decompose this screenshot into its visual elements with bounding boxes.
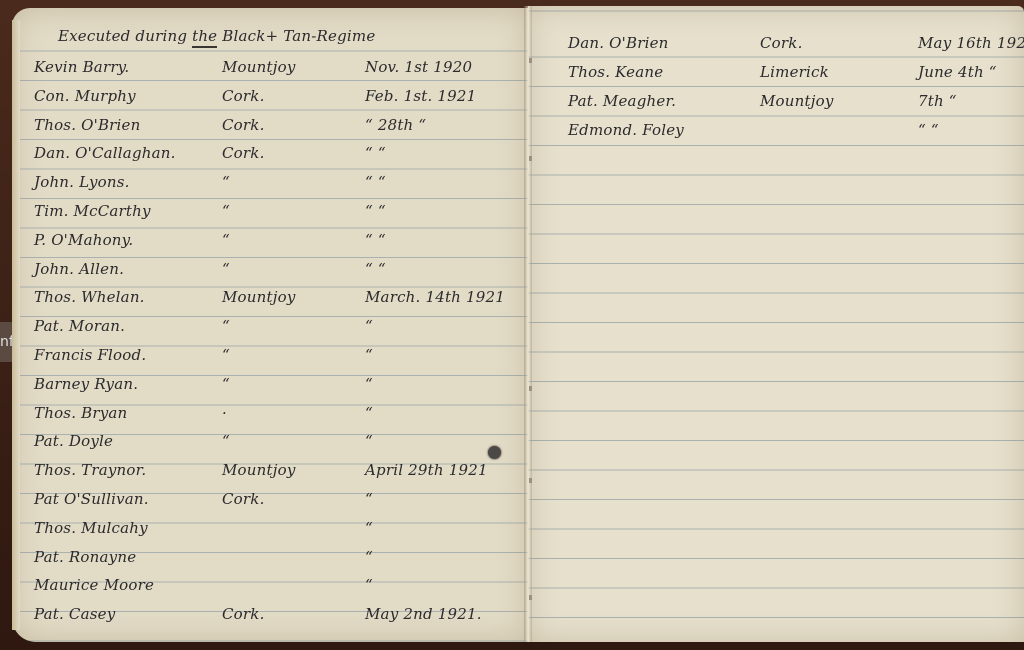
entry-date: May 16th 1921 [918,34,1024,52]
entry-date: “ [365,375,373,393]
entry-name: Barney Ryan. [34,375,138,393]
entry-name: P. O'Mahony. [34,231,133,249]
entry-place: “ [222,317,230,335]
entry-name: Pat. Doyle [34,432,113,450]
entry-name: Maurice Moore [34,576,154,594]
entry-date: 7th “ [918,92,957,110]
entry-date: “ “ [365,260,386,278]
entry-name: Pat. Meagher. [568,92,676,110]
heading-prefix: Executed during [58,27,192,45]
left-page-edge [12,20,20,630]
entry-place: Cork. [222,490,265,508]
entry-name: Thos. Mulcahy [34,519,148,537]
page-heading: Executed during the Black+ Tan-Regime [58,27,375,45]
entry-date: “ “ [918,121,939,139]
entry-name: John. Lyons. [34,173,130,191]
entry-date: May 2nd 1921. [365,605,482,623]
entry-name: Tim. McCarthy [34,202,151,220]
entry-name: Thos. Whelan. [34,288,145,306]
entry-date: “ “ [365,202,386,220]
ink-blot [488,446,501,459]
entry-date: “ [365,404,373,422]
entry-name: Thos. Traynor. [34,461,146,479]
entry-place: “ [222,231,230,249]
entry-date: “ “ [365,144,386,162]
entry-name: Kevin Barry. [34,58,129,76]
entry-date: Feb. 1st. 1921 [365,87,476,105]
entry-name: Thos. O'Brien [34,116,140,134]
binding-stitch [529,156,532,161]
entry-name: Con. Murphy [34,87,136,105]
entry-date: “ [365,346,373,364]
entry-date: “ [365,519,373,537]
entry-place: Limerick [760,63,829,81]
entry-date: April 29th 1921 [365,461,488,479]
binding-stitch [529,386,532,391]
entry-date: “ “ [365,173,386,191]
entry-date: March. 14th 1921 [365,288,505,306]
entry-date: “ [365,576,373,594]
entry-name: Francis Flood. [34,346,146,364]
entry-date: “ [365,490,373,508]
entry-place: “ [222,173,230,191]
entry-place: Mountjoy [222,461,296,479]
entry-name: Pat O'Sullivan. [34,490,149,508]
entry-date: “ [365,317,373,335]
entry-place: “ [222,346,230,364]
entry-date: June 4th “ [918,63,997,81]
entry-date: “ “ [365,231,386,249]
entry-name: Dan. O'Brien [568,34,669,52]
entry-place: Cork. [222,87,265,105]
entry-place: Mountjoy [222,58,296,76]
entry-name: Pat. Moran. [34,317,125,335]
binding-stitch [529,478,532,483]
entry-place: · [222,404,227,422]
entry-date: “ 28th “ [365,116,426,134]
entry-place: Cork. [222,605,265,623]
entry-place: “ [222,432,230,450]
entry-date: “ [365,548,373,566]
entry-place: “ [222,260,230,278]
entry-place: “ [222,375,230,393]
entry-name: Pat. Ronayne [34,548,136,566]
entry-place: Cork. [222,116,265,134]
entry-place: Cork. [760,34,803,52]
entry-date: Nov. 1st 1920 [365,58,472,76]
entry-date: “ [365,432,373,450]
entry-name: Dan. O'Callaghan. [34,144,176,162]
entry-name: Thos. Bryan [34,404,127,422]
entry-place: Cork. [222,144,265,162]
binding-stitch [529,595,532,600]
entry-name: Thos. Keane [568,63,663,81]
entry-place: Mountjoy [222,288,296,306]
entry-name: Edmond. Foley [568,121,684,139]
binding-stitch [529,58,532,63]
entry-name: John. Allen. [34,260,124,278]
entry-place: “ [222,202,230,220]
heading-suffix: Black+ Tan-Regime [217,27,375,45]
entry-name: Pat. Casey [34,605,115,623]
heading-underlined: the [192,27,217,48]
entry-place: Mountjoy [760,92,834,110]
notebook-spine [524,6,532,642]
